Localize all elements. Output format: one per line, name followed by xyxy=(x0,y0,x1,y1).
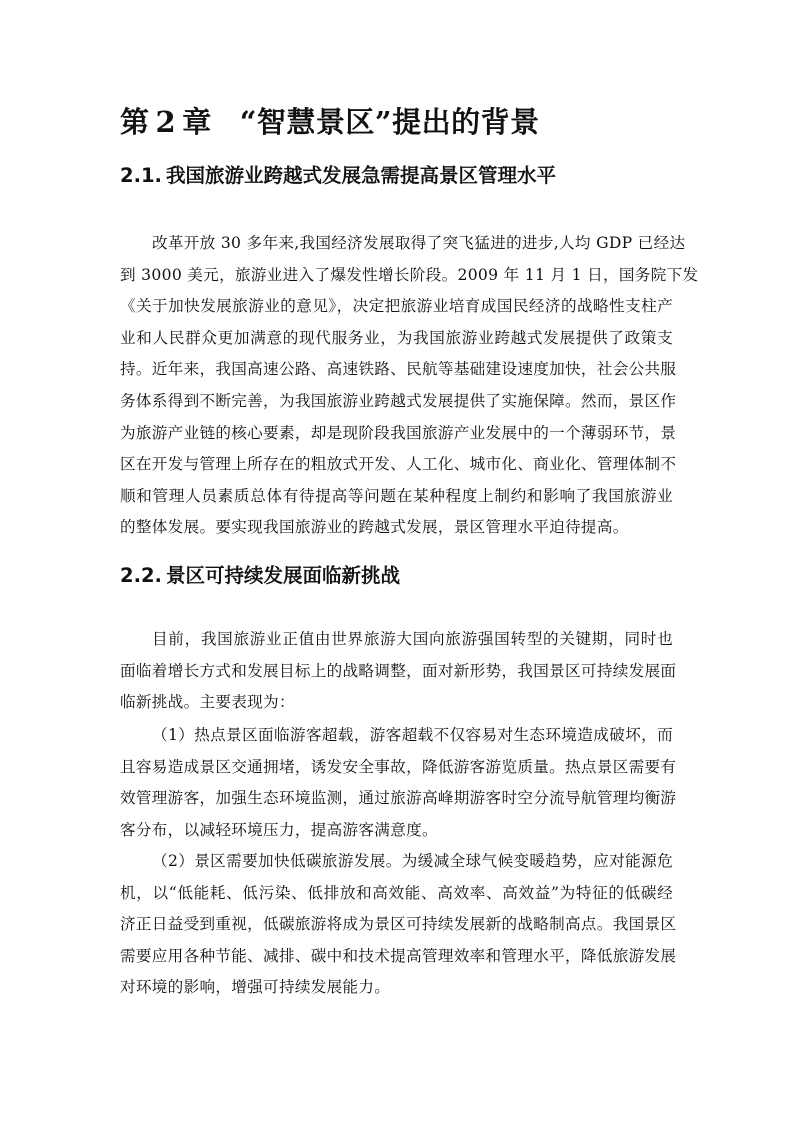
section-number: 2.2. xyxy=(120,564,162,587)
section-number: 2.1. xyxy=(120,164,162,187)
paragraph-2-1-1: 改革开放 30 多年来,我国经济发展取得了突飞猛进的进步,人均 GDP 已经达 … xyxy=(120,228,673,544)
section-title: 我国旅游业跨越式发展急需提高景区管理水平 xyxy=(166,164,556,187)
text-line: 的整体发展。要实现我国旅游业的跨越式发展，景区管理水平迫待提高。 xyxy=(120,512,673,544)
section-heading-2-2: 2.2.景区可持续发展面临新挑战 xyxy=(120,562,400,590)
text-line: 为旅游产业链的核心要素，却是现阶段我国旅游产业发展中的一个薄弱环节，景 xyxy=(120,418,673,450)
text-line: 改革开放 30 多年来,我国经济发展取得了突飞猛进的进步,人均 GDP 已经达 xyxy=(120,228,673,260)
chapter-number: 2 xyxy=(156,105,177,139)
text-line: 业和人民群众更加满意的现代服务业，为我国旅游业跨越式发展提供了政策支 xyxy=(120,323,673,355)
text-line: 临新挑战。主要表现为： xyxy=(120,687,673,719)
text-line: 对环境的影响，增强可持续发展能力。 xyxy=(120,972,673,1004)
text-line: 持。近年来，我国高速公路、高速铁路、民航等基础建设速度加快，社会公共服 xyxy=(120,354,673,386)
chapter-prefix: 第 xyxy=(120,105,150,139)
paragraph-2-2-intro: 目前，我国旅游业正值由世界旅游大国向旅游强国转型的关键期，同时也 面临着增长方式… xyxy=(120,624,673,719)
chapter-title-text: “智慧景区”提出的背景 xyxy=(240,105,540,139)
chapter-suffix: 章 xyxy=(182,105,212,139)
section-title: 景区可持续发展面临新挑战 xyxy=(166,564,400,587)
text-line: 务体系得到不断完善，为我国旅游业跨越式发展提供了实施保障。然而，景区作 xyxy=(120,386,673,418)
paragraph-2-2-item-2: （2）景区需要加快低碳旅游发展。为缓减全球气候变暖趋势，应对能源危 机，以“低能… xyxy=(120,846,673,1004)
text-line: （1）热点景区面临游客超载，游客超载不仅容易对生态环境造成破坏，而 xyxy=(120,720,673,752)
text-line: 需要应用各种节能、减排、碳中和技术提高管理效率和管理水平，降低旅游发展 xyxy=(120,941,673,973)
text-line: 机，以“低能耗、低污染、低排放和高效能、高效率、高效益”为特征的低碳经 xyxy=(120,878,673,910)
text-line: 目前，我国旅游业正值由世界旅游大国向旅游强国转型的关键期，同时也 xyxy=(120,624,673,656)
text-line: 区在开发与管理上所存在的粗放式开发、人工化、城市化、商业化、管理体制不 xyxy=(120,449,673,481)
text-line: 《关于加快发展旅游业的意见》，决定把旅游业培育成国民经济的战略性支柱产 xyxy=(120,291,673,323)
text-line: 客分布，以减轻环境压力，提高游客满意度。 xyxy=(120,815,673,847)
chapter-title: 第2章“智慧景区”提出的背景 xyxy=(120,102,540,142)
paragraph-2-2-item-1: （1）热点景区面临游客超载，游客超载不仅容易对生态环境造成破坏，而 且容易造成景… xyxy=(120,720,673,846)
text-line: 且容易造成景区交通拥堵，诱发安全事故，降低游客游览质量。热点景区需要有 xyxy=(120,752,673,784)
text-line: 济正日益受到重视，低碳旅游将成为景区可持续发展新的战略制高点。我国景区 xyxy=(120,909,673,941)
text-line: 顺和管理人员素质总体有待提高等问题在某种程度上制约和影响了我国旅游业 xyxy=(120,481,673,513)
section-heading-2-1: 2.1.我国旅游业跨越式发展急需提高景区管理水平 xyxy=(120,162,556,190)
text-line: 效管理游客，加强生态环境监测，通过旅游高峰期游客时空分流导航管理均衡游 xyxy=(120,783,673,815)
text-line: 面临着增长方式和发展目标上的战略调整，面对新形势，我国景区可持续发展面 xyxy=(120,656,673,688)
text-line: （2）景区需要加快低碳旅游发展。为缓减全球气候变暖趋势，应对能源危 xyxy=(120,846,673,878)
text-line: 到 3000 美元，旅游业进入了爆发性增长阶段。2009 年 11 月 1 日，… xyxy=(120,260,673,292)
